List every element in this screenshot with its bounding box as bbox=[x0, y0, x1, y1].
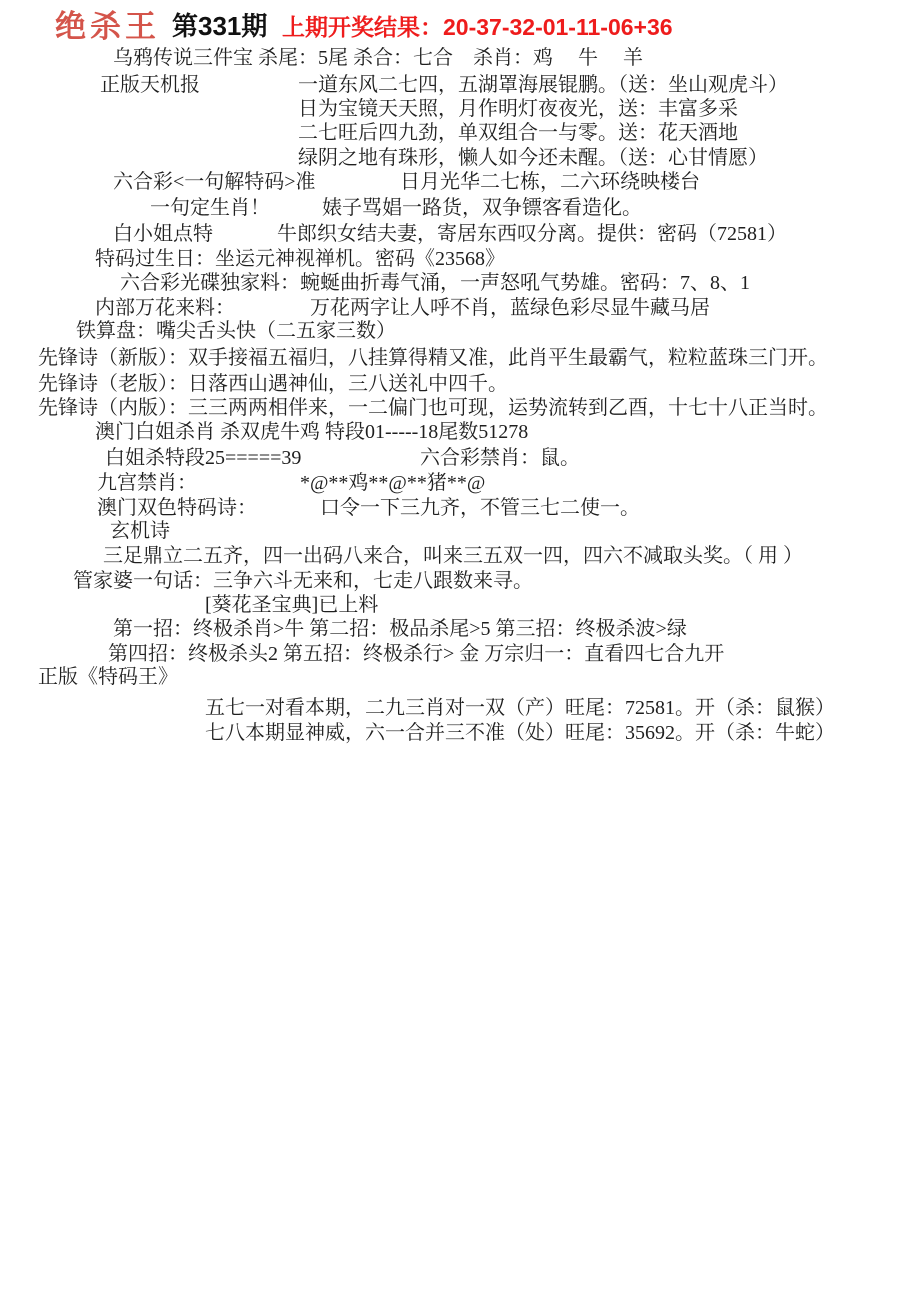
line-jiugong-text: *@**鸡**@**猪**@ bbox=[300, 471, 485, 495]
line-guanjiapo: 管家婆一句话：三争六斗无来和，七走八跟数来寻。 bbox=[73, 569, 533, 593]
label-yiju-jietema: 六合彩<一句解特码>准 bbox=[113, 170, 316, 194]
line-yiju-text: 日月光华二七栋，二六环绕映楼台 bbox=[400, 170, 700, 194]
line-guangdie-liao: 六合彩光碟独家料：蜿蜒曲折毒气涌，一声怒吼气势雄。密码：7、8、1 bbox=[120, 271, 750, 295]
label-yiju-shengxiao: 一句定生肖！ bbox=[150, 196, 270, 220]
line-xuanji-text: 三足鼎立二五齐，四一出码八来合，叫来三五双一四，四六不减取头奖。（ 用 ） bbox=[103, 544, 803, 568]
last-draw-result: 上期开奖结果：20-37-32-01-11-06+36 bbox=[282, 9, 673, 42]
line-tiesuanpan: 铁算盘：嘴尖舌头快（二五家三数） bbox=[76, 319, 396, 343]
line-tema-1: 五七一对看本期，二九三肖对一双（产）旺尾：72581。开（杀：鼠猴） bbox=[205, 696, 835, 720]
tip-sheet-page: 绝杀王 第331期 上期开奖结果：20-37-32-01-11-06+36 乌鸦… bbox=[0, 0, 900, 1292]
issue-number: 第331期 bbox=[172, 6, 267, 43]
line-tema-2: 七八本期显神威，六一合并三不准（处）旺尾：35692。开（杀：牛蛇） bbox=[205, 721, 835, 745]
line-zhao-1-2-3: 第一招：终极杀肖>牛 第二招：极品杀尾>5 第三招：终极杀波>绿 bbox=[113, 617, 687, 641]
line-tianji-1: 一道东风二七四，五湖罩海展锟鹏。（送：坐山观虎斗） bbox=[298, 73, 788, 97]
line-wuya-sanjianbao: 乌鸦传说三件宝 杀尾：5尾 杀合：七合 杀肖：鸡 牛 羊 bbox=[113, 46, 643, 70]
line-jinxiao: 六合彩禁肖：鼠。 bbox=[420, 446, 580, 470]
line-wanhua-text: 万花两字让人呼不肖，蓝绿色彩尽显牛藏马居 bbox=[310, 296, 710, 320]
line-shengxiao-text: 婊子骂娼一路货，双争镖客看造化。 bbox=[322, 196, 642, 220]
line-baijie-shateduan: 白姐杀特段25=====39 bbox=[105, 446, 301, 470]
line-xianfeng-old: 先锋诗（老版）：日落西山遇神仙，三八送礼中四千。 bbox=[38, 372, 508, 396]
line-tema-shengri: 特码过生日：坐运元神视禅机。密码《23568》 bbox=[95, 247, 505, 271]
line-xianfeng-nei: 先锋诗（内版）：三三两两相伴来，一二偏门也可现，运势流转到乙酉，十七十八正当时。 bbox=[38, 396, 828, 420]
line-baixiaojie-text: 牛郎织女结夫妻，寄居东西叹分离。提供：密码（72581） bbox=[277, 222, 787, 246]
line-tianji-4: 绿阴之地有珠形，懒人如今还未醒。（送：心甘情愿） bbox=[298, 146, 768, 170]
label-shuangse-shi: 澳门双色特码诗： bbox=[97, 496, 257, 520]
label-baixiaojie: 白小姐点特 bbox=[113, 222, 213, 246]
line-aomen-shaxiao: 澳门白姐杀肖 杀双虎牛鸡 特段01-----18尾数51278 bbox=[95, 420, 528, 444]
page-title: 绝杀王 bbox=[55, 1, 160, 46]
label-wanhua-liao: 内部万花来料： bbox=[95, 296, 235, 320]
heading-xuanji-shi: 玄机诗 bbox=[110, 519, 170, 543]
line-kuihua-baodian: [葵花圣宝典]已上料 bbox=[205, 593, 378, 617]
line-zhao-4-5: 第四招：终极杀头2 第五招：终极杀行> 金 万宗归一：直看四七合九开 bbox=[108, 642, 724, 666]
line-tianji-2: 日为宝镜天天照，月作明灯夜夜光，送：丰富多采 bbox=[298, 97, 738, 121]
line-xianfeng-new: 先锋诗（新版）：双手接福五福归，八挂算得精又准，此肖平生最霸气，粒粒蓝珠三门开。 bbox=[38, 346, 828, 370]
label-tianji-bao: 正版天机报 bbox=[100, 73, 200, 97]
label-tema-wang: 正版《特码王》 bbox=[38, 665, 178, 689]
line-shuangse-text: 口令一下三九齐，不管三七二使一。 bbox=[320, 496, 640, 520]
label-jiugong-jinxiao: 九宫禁肖： bbox=[97, 471, 197, 495]
line-tianji-3: 二七旺后四九劲，单双组合一与零。送：花天酒地 bbox=[298, 121, 738, 145]
